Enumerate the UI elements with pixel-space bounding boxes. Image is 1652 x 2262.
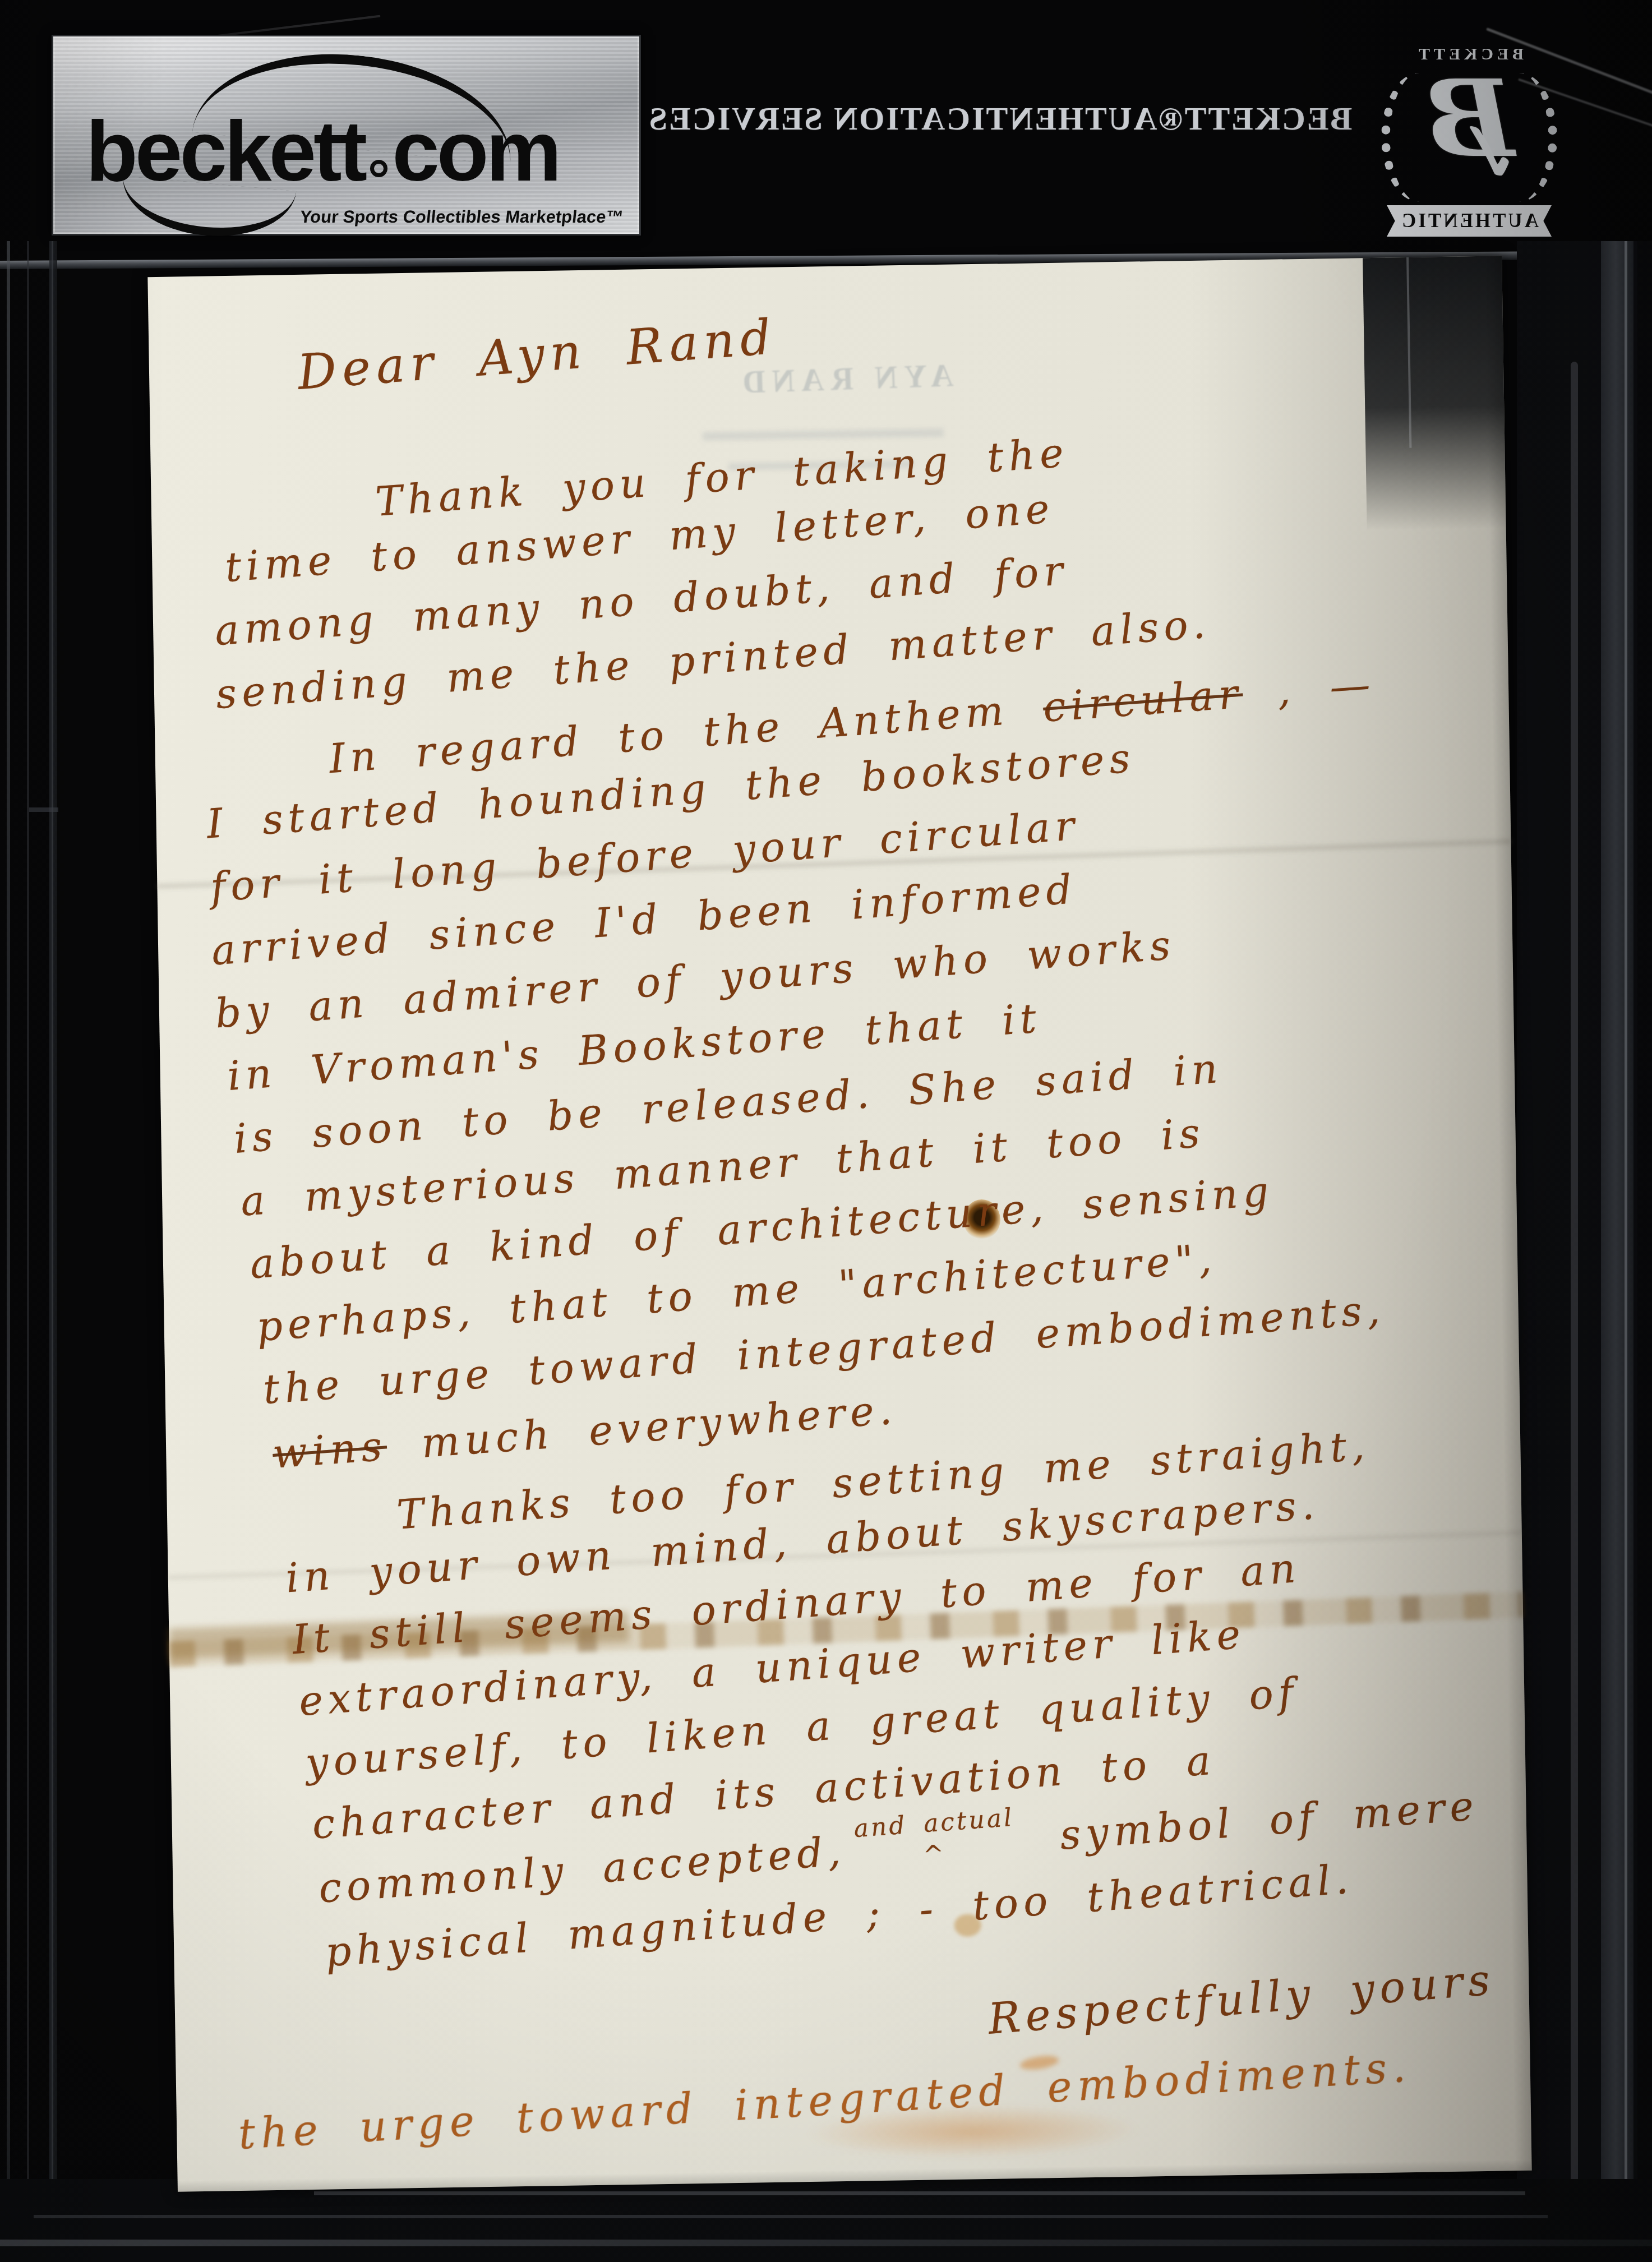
plate-tagline: Your Sports Collectibles Marketplace™ [299,207,625,227]
logo-brand-text: beckett [86,104,364,199]
case-bottom-lip-highlight [314,2191,1525,2195]
case-bottom-reflection [34,2215,1548,2218]
beckett-logo: beckettcom [86,103,559,201]
case-bottom-bevel [0,2240,1652,2246]
closing: Respectfully yours [986,1954,1497,2044]
crest-banner: AUTHENTIC [1387,205,1552,237]
ghost-address-line [703,428,944,441]
mirrored-authentication-title: BECKETT®AUTHENTICATION SERVICES [627,100,1373,137]
slabbed-letter-photo: { "header": { "plate": { "brand": "becke… [0,0,1652,2262]
case-right-highlight [1625,241,1627,2262]
case-right-outer-edge [1637,241,1652,2262]
logo-dot-icon [370,160,387,177]
beckett-plate: beckettcom Your Sports Collectibles Mark… [52,35,641,236]
corner-shadow [1363,256,1506,530]
case-left-notch [29,807,58,812]
case-right-column [1517,241,1652,2262]
handwriting-text: symbol of mere [1024,1782,1480,1862]
letter-paper: AYN RAND Dear Ayn Rand Thank you for tak… [147,256,1531,2192]
insertion-caret: ^ [922,1840,947,1870]
struck-word: circular [1041,670,1244,731]
case-left-reflection [27,241,29,2215]
case-right-reflection-band [1601,241,1633,2262]
slab-header-band: beckettcom Your Sports Collectibles Mark… [0,0,1652,259]
struck-word: wins [271,1422,388,1477]
handwriting-text: , — [1241,661,1377,717]
inserted-words: and actual^ [853,1803,1015,1843]
case-left-reflection [7,241,10,2215]
check-mark-icon: ✓ [1446,100,1529,206]
case-inner-tab-highlight [1571,362,1578,2257]
case-left-reflection [52,241,53,2215]
case-left-inner-lip [49,241,57,2215]
authentic-crest: BECKETT B ✓ AUTHENTIC [1377,41,1562,250]
logo-domain-text: com [392,104,559,199]
